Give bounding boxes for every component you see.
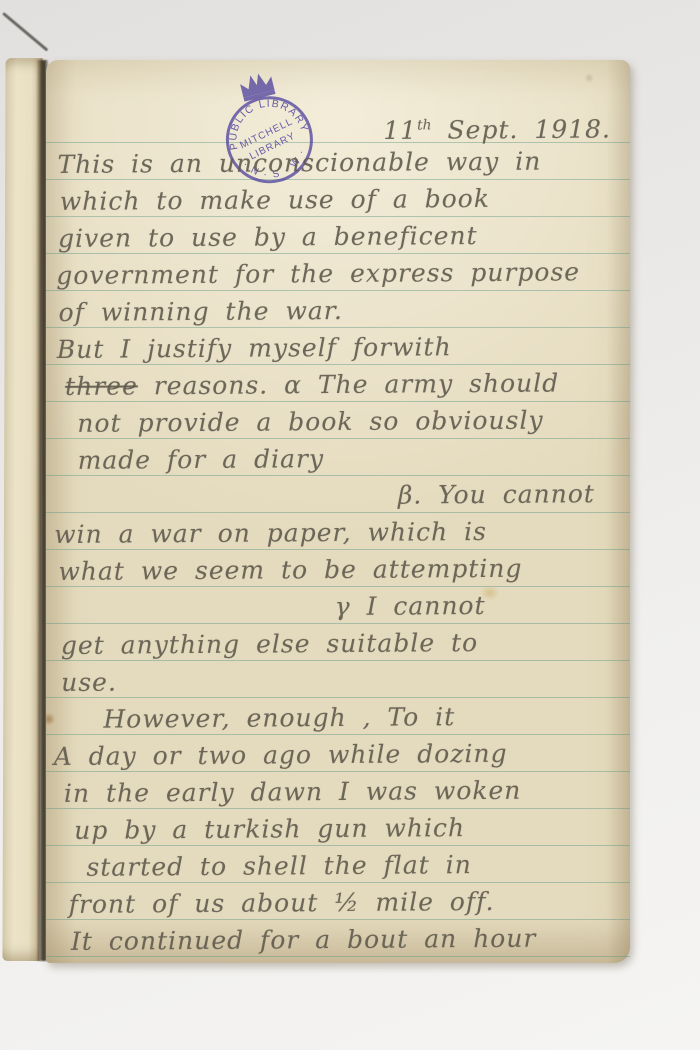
- handwritten-line: in the early dawn I was woken: [64, 775, 522, 810]
- handwritten-line: not provide a book so obviously: [77, 405, 543, 440]
- handwriting-layer: 11th Sept. 1918.This is an unconscionabl…: [43, 58, 633, 965]
- handwritten-line: started to shell the flat in: [86, 849, 472, 884]
- handwritten-line: up by a turkish gun which: [74, 812, 465, 847]
- handwritten-line: of winning the war.: [58, 295, 342, 329]
- handwritten-line: A day or two ago while dozing: [54, 738, 508, 773]
- handwritten-line: front of us about ½ mile off.: [69, 886, 495, 921]
- handwritten-line: what we seem to be attempting: [58, 553, 522, 588]
- date-heading: 11th Sept. 1918.: [383, 108, 611, 147]
- handwritten-line: use.: [61, 667, 117, 699]
- handwritten-line: which to make use of a book: [60, 183, 490, 218]
- handwritten-line: But I justify myself forwith: [57, 331, 452, 366]
- handwritten-line: government for the express purpose: [56, 256, 580, 292]
- handwritten-line: get anything else suitable to: [61, 627, 478, 662]
- cover-thread-sliver: [2, 12, 48, 52]
- handwritten-line: γ I cannot: [335, 590, 486, 623]
- handwritten-line: made for a diary: [78, 443, 325, 477]
- handwritten-line: It continued for a bout an hour: [71, 923, 537, 958]
- handwritten-line: This is an unconscionable way in: [57, 146, 541, 181]
- handwritten-line: three reasons. α The army should: [65, 367, 559, 402]
- handwritten-line: β. You cannot: [398, 478, 595, 511]
- handwritten-line: However, enough , To it: [103, 701, 455, 735]
- notebook-page: PUBLIC LIBRARY · N · S · W · MITCHELL LI…: [46, 60, 630, 963]
- handwritten-line: given to use by a beneficent: [58, 220, 478, 255]
- handwritten-line: win a war on paper, which is: [54, 516, 487, 551]
